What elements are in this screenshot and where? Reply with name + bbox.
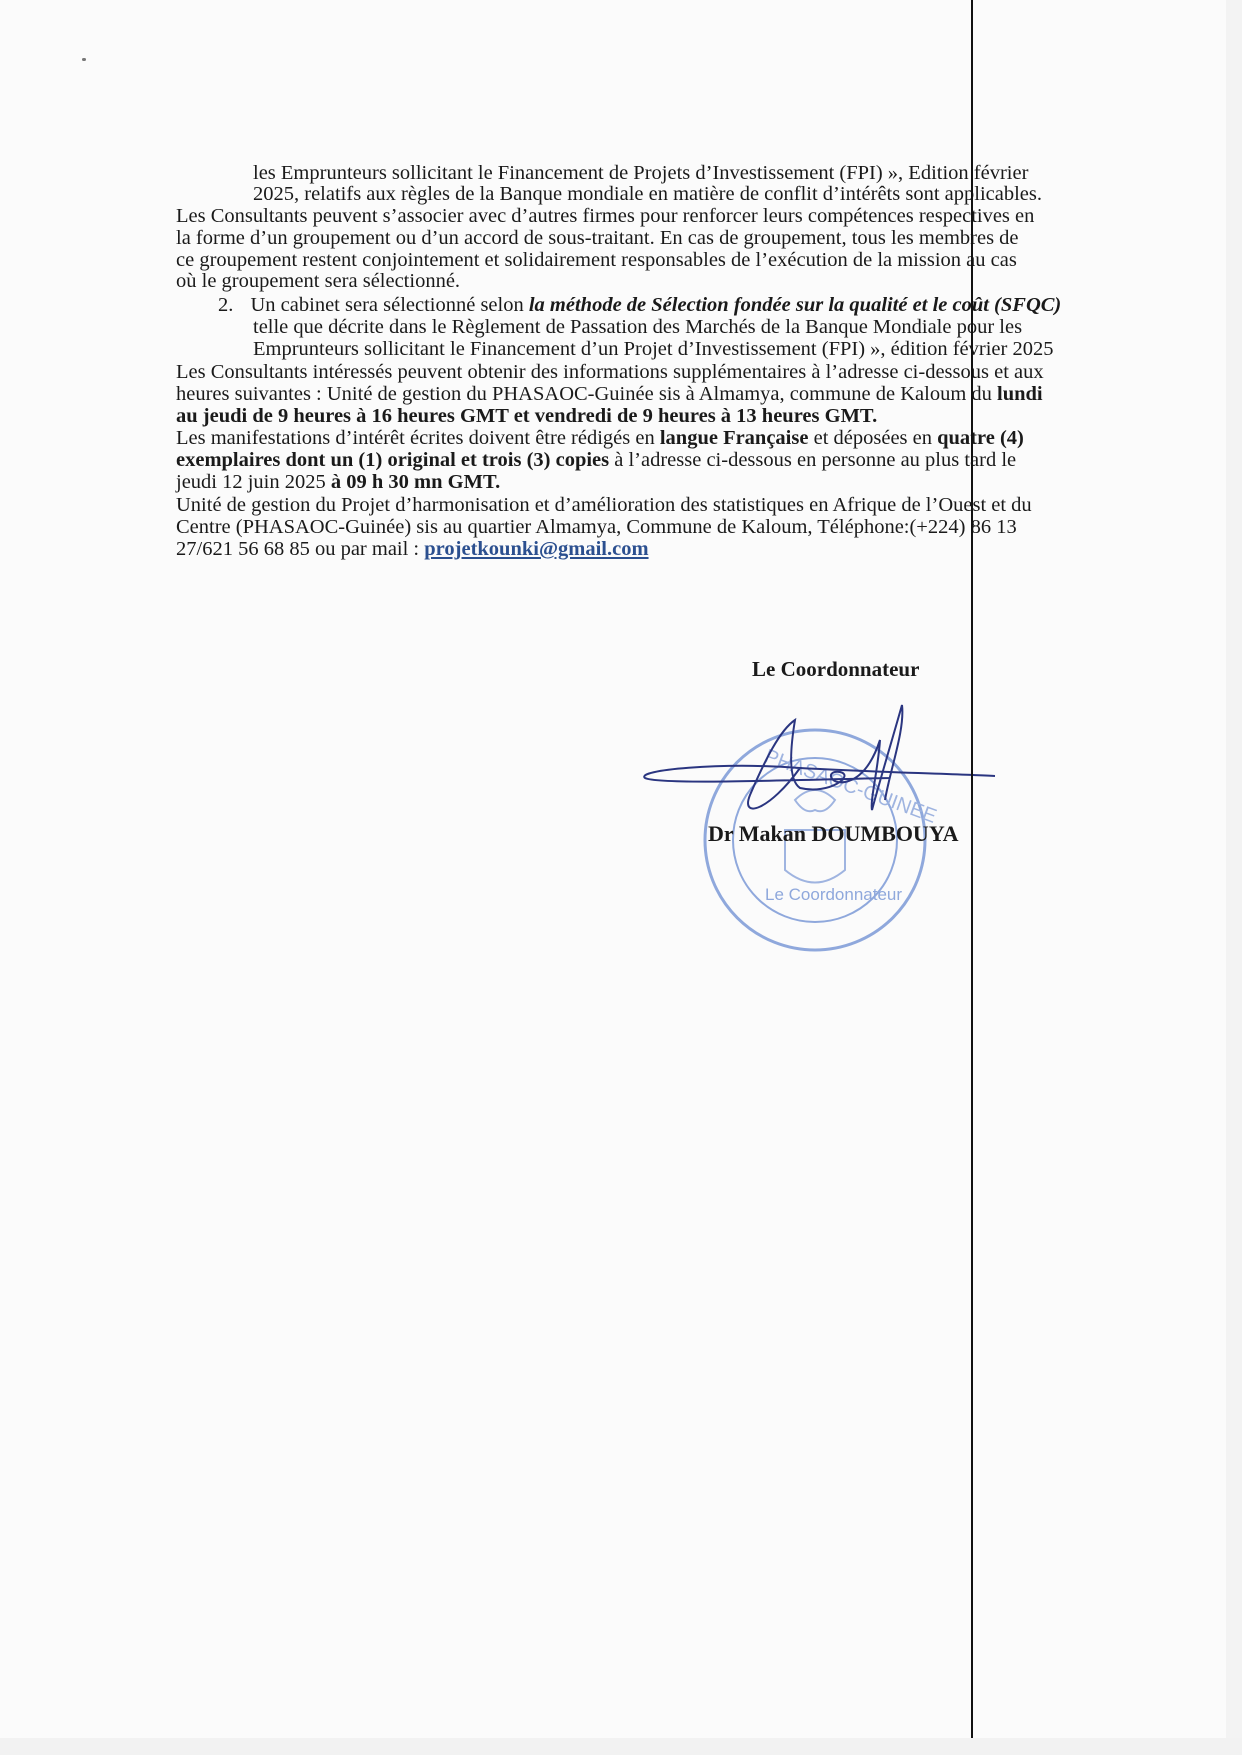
text-line: exemplaires dont un (1) original et troi…: [176, 449, 1016, 471]
copy-count: quatre (4): [937, 427, 1024, 449]
deadline-time: à 09 h 30 mn GMT.: [331, 471, 500, 493]
deadline-date: jeudi 12 juin 2025: [176, 471, 331, 493]
text-line: 27/621 56 68 85 ou par mail : projetkoun…: [176, 538, 649, 560]
text: heures suivantes : Unité de gestion du P…: [176, 383, 997, 405]
text-line: la forme d’un groupement ou d’un accord …: [176, 227, 1019, 249]
text-line: Emprunteurs sollicitant le Financement d…: [253, 338, 1053, 360]
list-number: 2.: [218, 294, 233, 316]
text-line: ce groupement restent conjointement et s…: [176, 249, 1017, 271]
text-line: où le groupement sera sélectionné.: [176, 270, 460, 292]
opening-hours: au jeudi de 9 heures à 16 heures GMT et …: [176, 405, 877, 427]
copies-detail: exemplaires dont un (1) original et troi…: [176, 449, 609, 471]
signatory-title: Le Coordonnateur: [752, 657, 919, 682]
text-line: 2025, relatifs aux règles de la Banque m…: [253, 183, 1042, 205]
text: Les manifestations d’intérêt écrites doi…: [176, 427, 660, 449]
selection-method: la méthode de Sélection fondée sur la qu…: [529, 294, 1061, 316]
text-line: Centre (PHASAOC-Guinée) sis au quartier …: [176, 516, 1017, 538]
language: langue Française: [660, 427, 809, 449]
text-line: telle que décrite dans le Règlement de P…: [253, 316, 1022, 338]
page-edge: [1226, 0, 1242, 1755]
stamp-center-text: Le Coordonnateur: [765, 885, 902, 904]
text-line: au jeudi de 9 heures à 16 heures GMT et …: [176, 405, 877, 427]
text-line: jeudi 12 juin 2025 à 09 h 30 mn GMT.: [176, 471, 500, 493]
list-item-2: 2. Un cabinet sera sélectionné selon la …: [218, 294, 1061, 316]
signature-icon: [640, 700, 1000, 820]
scan-artifact: [82, 58, 86, 61]
email-link[interactable]: projetkounki@gmail.com: [424, 538, 648, 560]
text-bold: lundi: [997, 383, 1043, 405]
text-line: Les Consultants peuvent s’associer avec …: [176, 205, 1034, 227]
page-bottom-edge: [0, 1738, 1242, 1755]
text: et déposées en: [808, 427, 937, 449]
text: 27/621 56 68 85 ou par mail :: [176, 538, 424, 560]
signatory-name: Dr Makan DOUMBOUYA: [708, 821, 959, 847]
text: à l’adresse ci-dessous en personne au pl…: [609, 449, 1016, 471]
text-line: les Emprunteurs sollicitant le Financeme…: [253, 162, 1028, 184]
text-line: heures suivantes : Unité de gestion du P…: [176, 383, 1043, 405]
text: Un cabinet sera sélectionné selon: [251, 294, 529, 316]
text-line: Unité de gestion du Projet d’harmonisati…: [176, 494, 1032, 516]
text-line: Les manifestations d’intérêt écrites doi…: [176, 427, 1024, 449]
scan-vertical-line: [971, 0, 973, 1738]
text-line: Les Consultants intéressés peuvent obten…: [176, 361, 1044, 383]
